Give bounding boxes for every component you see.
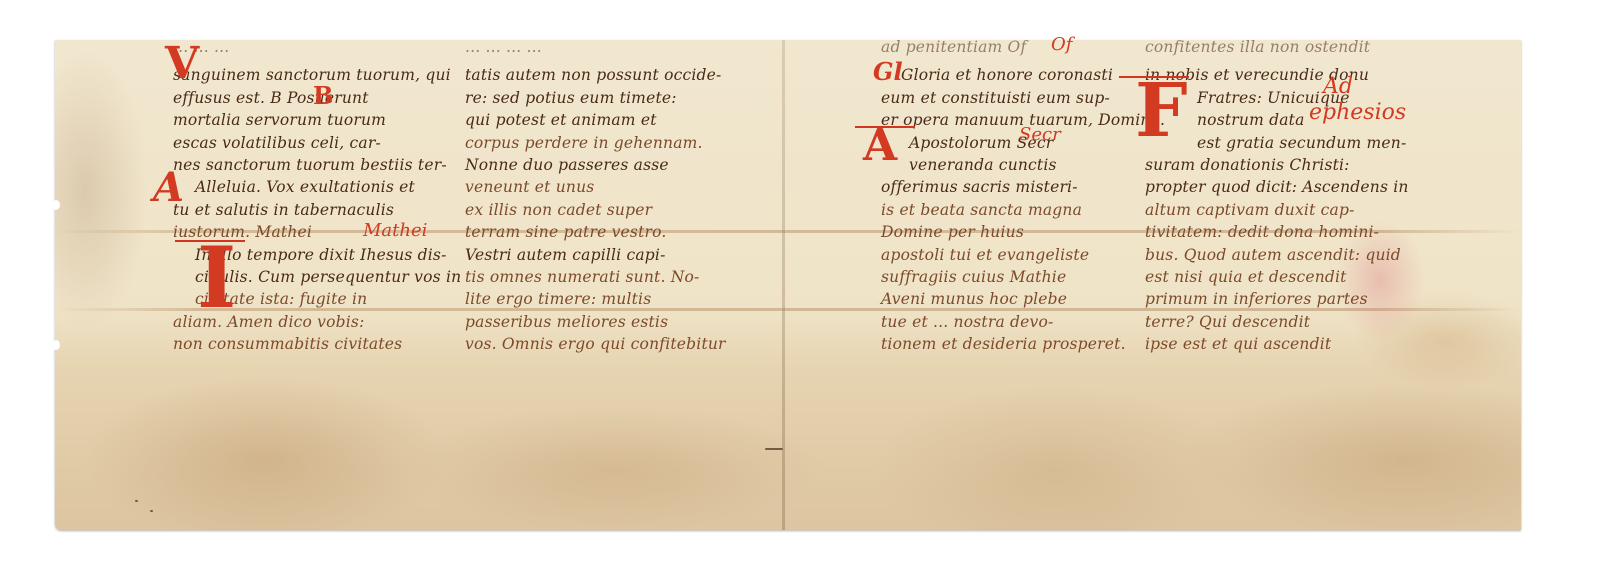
edge-damage [52, 200, 60, 210]
initial-flourish [855, 126, 915, 128]
text-line: apostoli tui et evangeliste [881, 244, 1165, 266]
decorated-initial: A [863, 124, 897, 168]
text-line: suram donationis Christi: [1145, 154, 1409, 176]
text-line: est gratia secundum men- [1197, 132, 1409, 154]
text-line: Vestri autem capilli capi- [465, 244, 726, 266]
text-line: ... ... ... ... [465, 36, 726, 58]
text-line: tionem et desideria prosperet. [881, 333, 1165, 355]
rubric-heading: Of [1051, 36, 1072, 54]
rubric-heading: Secr [1019, 126, 1061, 144]
text-line: non consummabitis civitates [173, 333, 461, 355]
decorated-initial: V [165, 42, 199, 86]
decorated-initial: I [197, 236, 236, 320]
text-column-2: ... ... ... ... tatis autem non possunt … [465, 42, 726, 355]
text-line: propter quod dicit: Ascendens in [1145, 176, 1409, 198]
text-line: Domine per huius [881, 221, 1165, 243]
text-line: tivitatem: dedit dona homini- [1145, 221, 1409, 243]
text-line: re: sed potius eum timete: [465, 87, 726, 109]
speck [150, 510, 153, 512]
parchment-fragment: ... ... ... sanguinem sanctorum tuorum, … [55, 40, 1521, 530]
text-line: Nonne duo passeres asse [465, 154, 726, 176]
text-line: is et beata sancta magna [881, 199, 1165, 221]
text-line: ipse est et qui ascendit [1145, 333, 1409, 355]
text-line: altum captivam duxit cap- [1145, 199, 1409, 221]
text-line: tatis autem non possunt occide- [465, 64, 726, 86]
center-fold [782, 40, 785, 530]
text-line: tu et salutis in tabernaculis [173, 199, 461, 221]
text-line: est nisi quia et descendit [1145, 266, 1409, 288]
text-line: tue et ... nostra devo- [881, 311, 1165, 333]
text-line: Alleluia. Vox exultationis et [195, 176, 461, 198]
text-line: offerimus sacris misteri- [881, 176, 1165, 198]
text-line: ad penitentiam Of [881, 36, 1165, 58]
text-line: eum et constituisti eum sup- [881, 87, 1165, 109]
text-line: terre? Qui descendit [1145, 311, 1409, 333]
rubric-heading: Ad [1323, 76, 1353, 98]
rubric-heading: Mathei [363, 222, 427, 240]
text-line: corpus perdere in gehennam. [465, 132, 726, 154]
text-line: suffragiis cuius Mathie [881, 266, 1165, 288]
text-line: qui potest et animam et [465, 109, 726, 131]
edge-damage [52, 340, 60, 350]
text-line: passeribus meliores estis [465, 311, 726, 333]
text-line: terram sine patre vestro. [465, 221, 726, 243]
initial-flourish [1119, 76, 1189, 78]
text-line: lite ergo timere: multis [465, 288, 726, 310]
rubric-initial: B [313, 84, 333, 108]
text-column-3: ad penitentiam Of Gloria et honore coron… [881, 42, 1165, 355]
text-line: primum in inferiores partes [1145, 288, 1409, 310]
decorated-initial: A [153, 168, 184, 208]
text-line: nes sanctorum tuorum bestiis ter- [173, 154, 461, 176]
text-line: vos. Omnis ergo qui confitebitur [465, 333, 726, 355]
text-line: escas volatilibus celi, car- [173, 132, 461, 154]
text-line: confitentes illa non ostendit [1145, 36, 1409, 58]
speck [135, 500, 138, 502]
text-line: Aveni munus hoc plebe [881, 288, 1165, 310]
text-line: mortalia servorum tuorum [173, 109, 461, 131]
text-line: bus. Quod autem ascendit: quid [1145, 244, 1409, 266]
initial-flourish [175, 240, 245, 242]
text-line: ... ... ... [173, 36, 461, 58]
text-line: tis omnes numerati sunt. No- [465, 266, 726, 288]
text-line: veneranda cunctis [909, 154, 1165, 176]
text-line: veneunt et unus [465, 176, 726, 198]
decorated-initial: F [1135, 74, 1188, 148]
fold-mark [765, 448, 783, 450]
text-line: ex illis non cadet super [465, 199, 726, 221]
rubric-initial: Gl [873, 60, 903, 84]
rubric-heading: ephesios [1309, 102, 1406, 124]
